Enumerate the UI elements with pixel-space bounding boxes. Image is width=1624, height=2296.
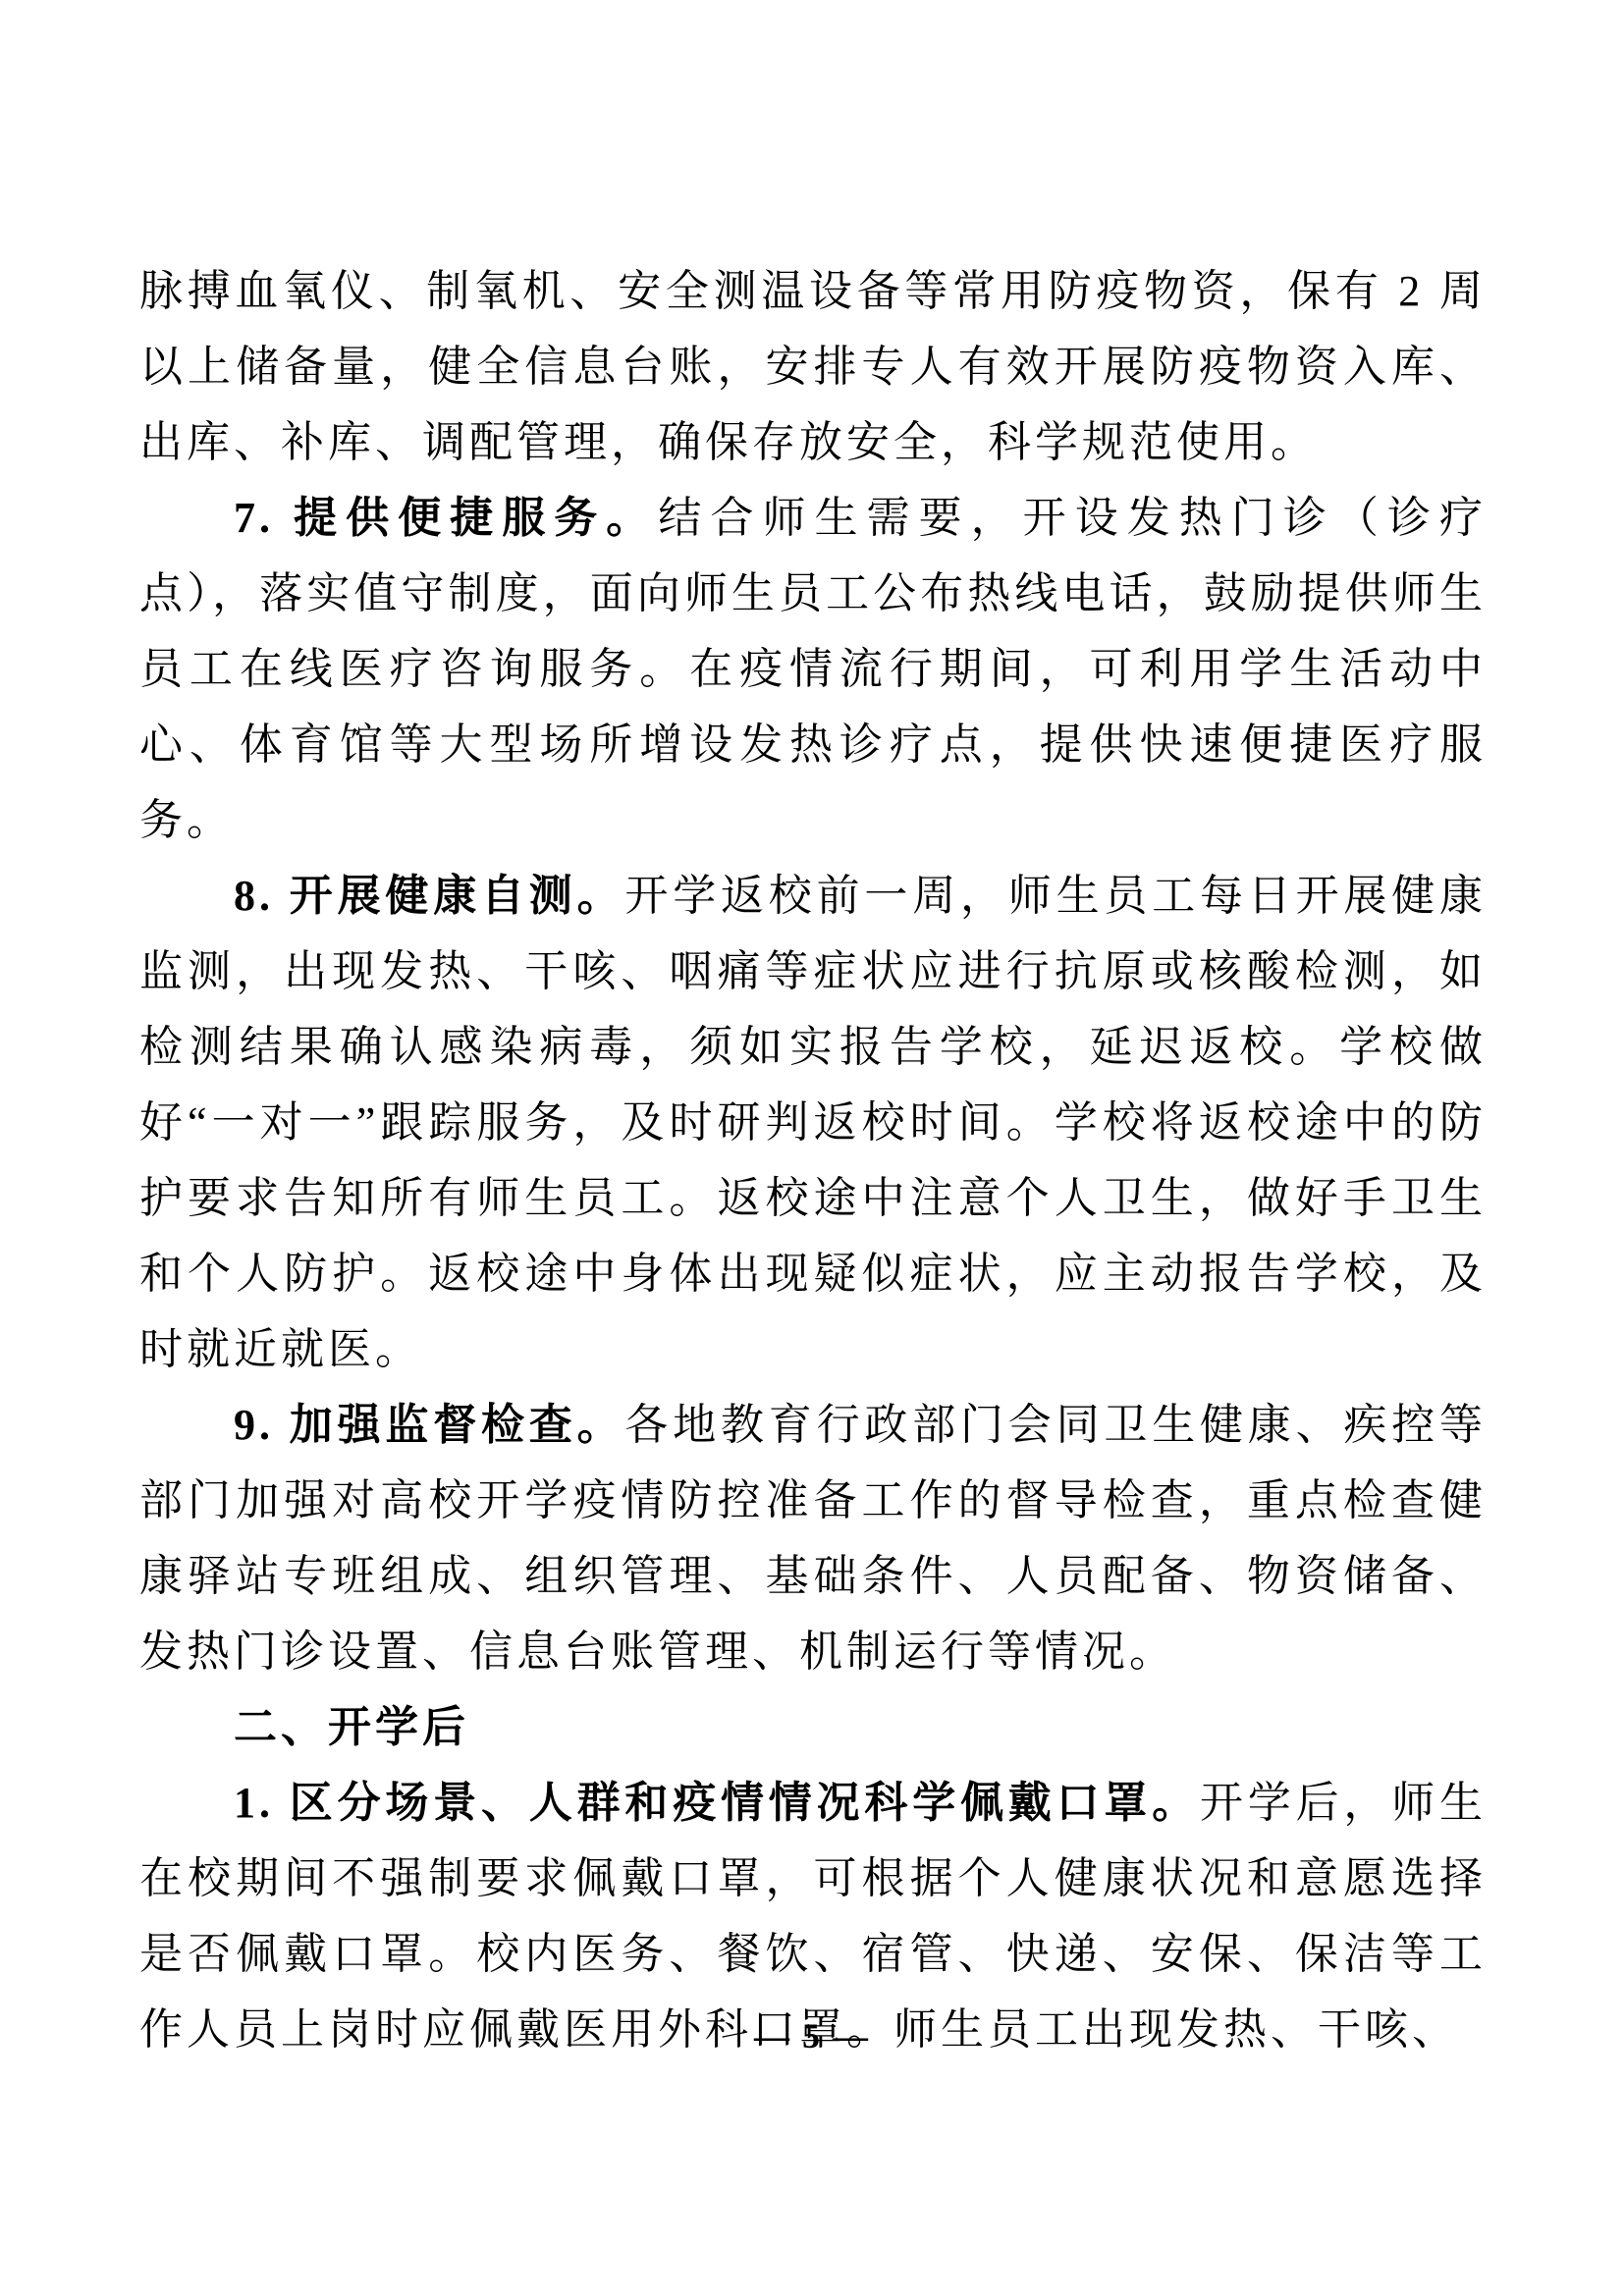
section-heading: 二、开学后	[139, 1689, 1487, 1765]
paragraph-item-9: 9. 加强监督检查。各地教育行政部门会同卫生健康、疾控等部门加强对高校开学疫情防…	[139, 1387, 1487, 1689]
paragraph-item-8: 8. 开展健康自测。开学返校前一周，师生员工每日开展健康监测，出现发热、干咳、咽…	[139, 858, 1487, 1387]
paragraph-continued: 脉搏血氧仪、制氧机、安全测温设备等常用防疫物资，保有 2 周以上储备量，健全信息…	[139, 253, 1487, 480]
document-body: 脉搏血氧仪、制氧机、安全测温设备等常用防疫物资，保有 2 周以上储备量，健全信息…	[139, 253, 1487, 2067]
paragraph-lead: 9. 加强监督检查。	[234, 1401, 624, 1449]
paragraph-lead: 8. 开展健康自测。	[234, 872, 624, 920]
paragraph-text: 结合师生需要，开设发热门诊（诊疗点），落实值守制度，面向师生员工公布热线电话，鼓…	[139, 494, 1487, 844]
paragraph-lead: 1. 区分场景、人群和疫情情况科学佩戴口罩。	[234, 1779, 1200, 1827]
paragraph-lead: 7. 提供便捷服务。	[234, 494, 658, 542]
document-page: 脉搏血氧仪、制氧机、安全测温设备等常用防疫物资，保有 2 周以上储备量，健全信息…	[0, 0, 1624, 2296]
paragraph-item-7: 7. 提供便捷服务。结合师生需要，开设发热门诊（诊疗点），落实值守制度，面向师生…	[139, 480, 1487, 858]
paragraph-text: 脉搏血氧仪、制氧机、安全测温设备等常用防疫物资，保有 2 周以上储备量，健全信息…	[139, 267, 1487, 466]
page-number-footer: — 5 —	[0, 2014, 1624, 2057]
paragraph-text: 开学返校前一周，师生员工每日开展健康监测，出现发热、干咳、咽痛等症状应进行抗原或…	[139, 872, 1487, 1373]
page-number: — 5 —	[754, 2016, 870, 2056]
section-heading-text: 二、开学后	[234, 1703, 469, 1751]
